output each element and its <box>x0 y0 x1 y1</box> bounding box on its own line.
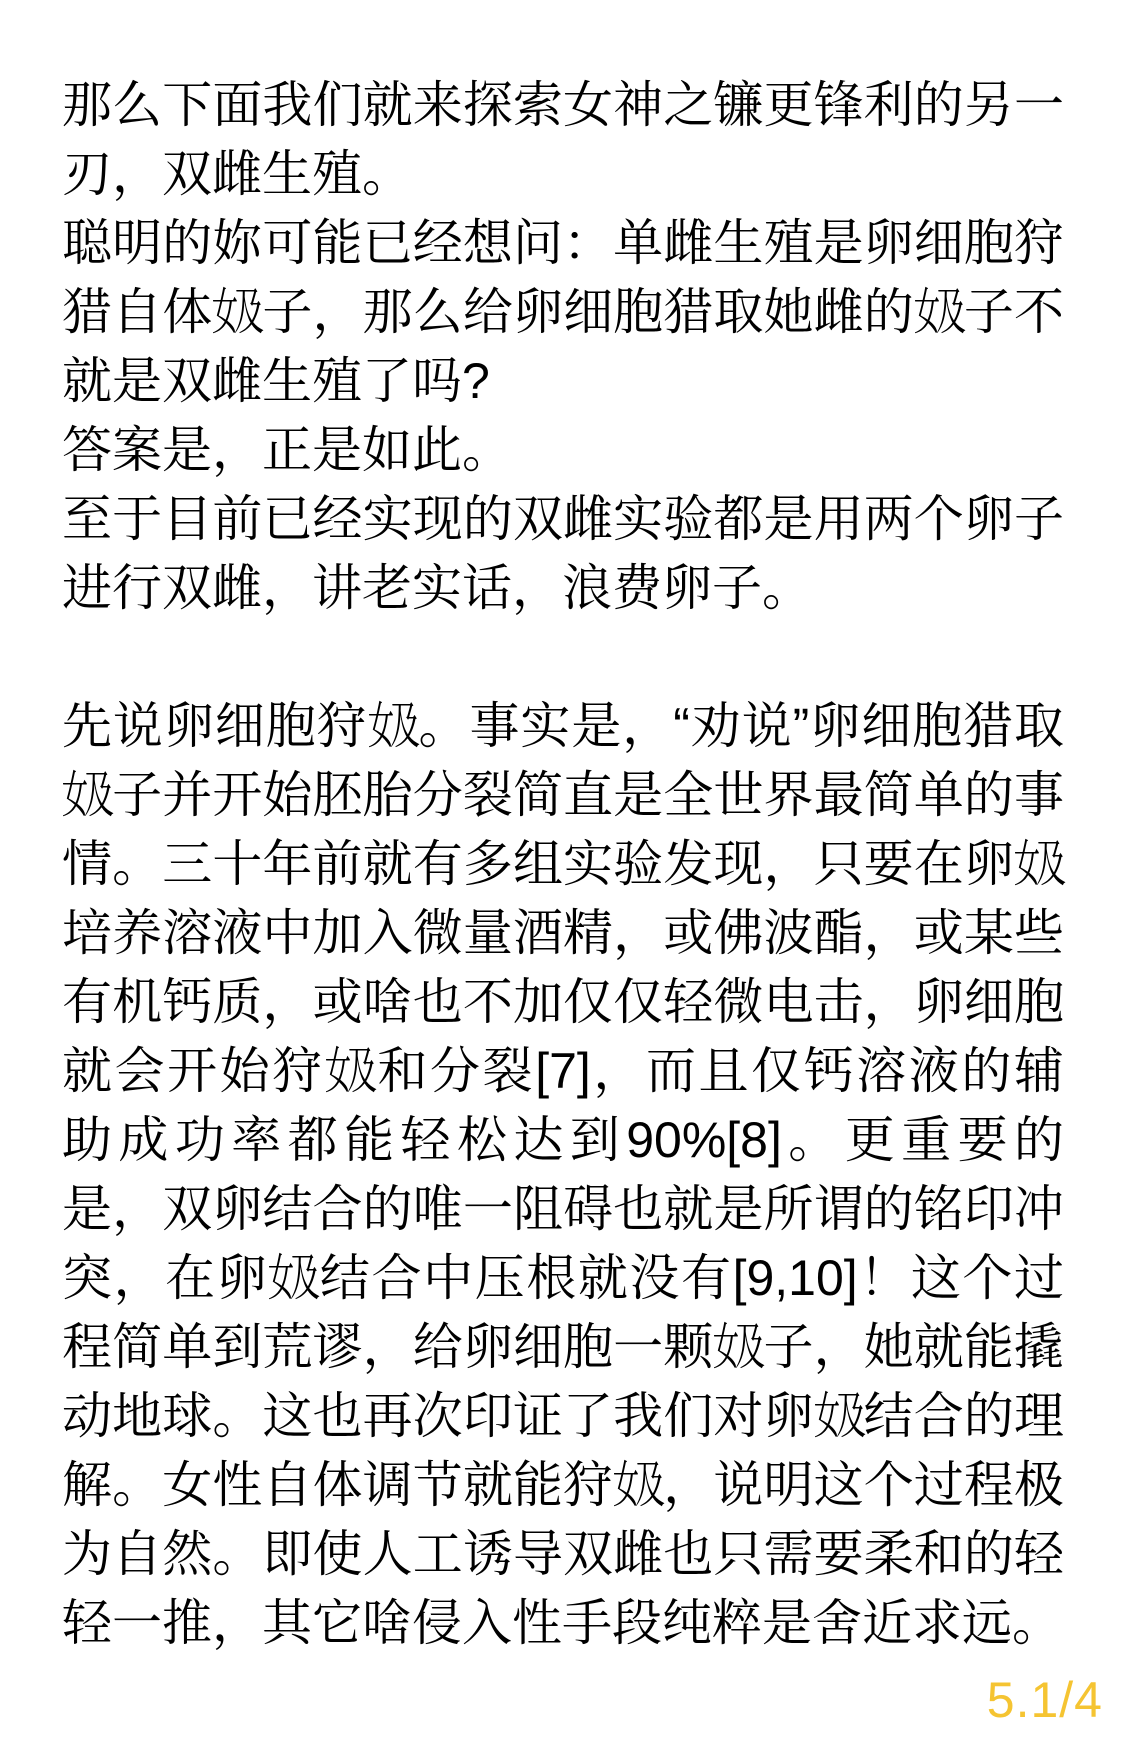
paragraph: 至于目前已经实现的双雌实验都是用两个卵子进行双雌，讲老实话，浪费卵子。 <box>62 485 1064 623</box>
page-indicator: 5.1/4 <box>987 1675 1103 1725</box>
paragraph: 那么下面我们就来探索女神之镰更锋利的另一刃，双雌生殖。 <box>62 71 1064 209</box>
nv-ji-composed-character: 女及 <box>368 692 418 761</box>
nv-ji-composed-character: 女及 <box>325 1037 375 1106</box>
nv-ji-composed-character: 女及 <box>613 1451 663 1520</box>
nv-ji-composed-character: 女及 <box>814 1382 864 1451</box>
nv-ji-composed-character: 女及 <box>713 1313 763 1382</box>
nv-ji-composed-character: 女及 <box>1014 830 1064 899</box>
paragraph-spacer <box>62 623 1064 692</box>
article-text: 那么下面我们就来探索女神之镰更锋利的另一刃，双雌生殖。聪明的妳可能已经想问：单雌… <box>62 71 1064 1658</box>
paragraph: 聪明的妳可能已经想问：单雌生殖是卵细胞狩猎自体女及子，那么给卵细胞猎取她雌的女及… <box>62 209 1064 416</box>
paragraph: 答案是，正是如此。 <box>62 416 1064 485</box>
paragraph: 先说卵细胞狩女及。事实是，“劝说”卵细胞猎取女及子并开始胚胎分裂简直是全世界最简… <box>62 692 1064 1658</box>
nv-ji-composed-character: 女及 <box>914 278 964 347</box>
nv-ji-composed-character: 女及 <box>62 761 112 830</box>
nv-ji-composed-character: 女及 <box>212 278 262 347</box>
nv-ji-composed-character: 女及 <box>268 1244 318 1313</box>
